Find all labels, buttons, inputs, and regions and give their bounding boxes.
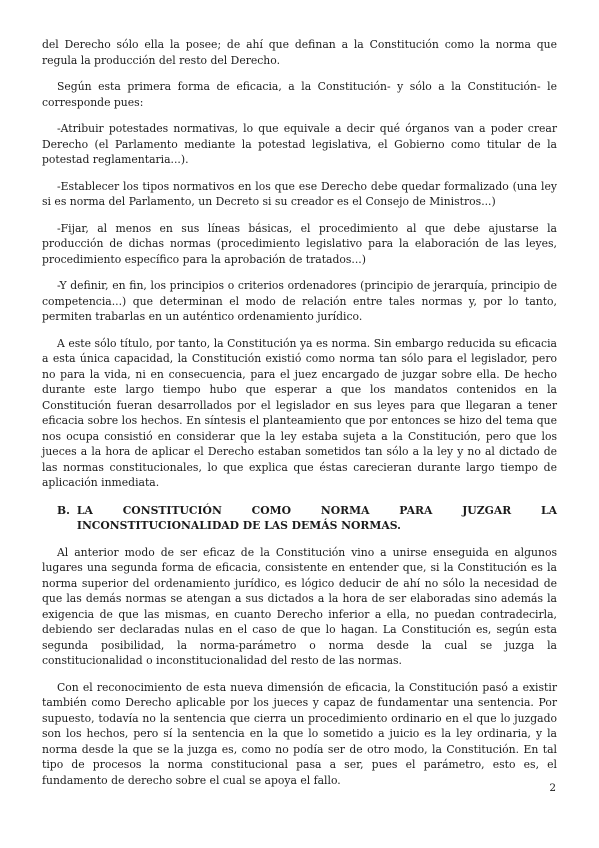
- section-heading-line-1: LA CONSTITUCIÓN COMO NORMA PARA JUZGAR L…: [77, 503, 557, 519]
- paragraph: Al anterior modo de ser eficaz de la Con…: [42, 545, 557, 669]
- page-number: 2: [549, 782, 556, 794]
- paragraph: -Y definir, en fin, los principios o cri…: [42, 278, 557, 325]
- section-heading-lines: LA CONSTITUCIÓN COMO NORMA PARA JUZGAR L…: [77, 503, 557, 534]
- section-heading-label: B.: [42, 503, 70, 534]
- paragraph: -Fijar, al menos en sus líneas básicas, …: [42, 221, 557, 268]
- paragraph: -Establecer los tipos normativos en los …: [42, 179, 557, 210]
- document-page: del Derecho sólo ella la posee; de ahí q…: [0, 0, 599, 848]
- paragraph: Con el reconocimiento de esta nueva dime…: [42, 680, 557, 789]
- paragraph: -Atribuir potestades normativas, lo que …: [42, 121, 557, 168]
- text-content: del Derecho sólo ella la posee; de ahí q…: [42, 37, 557, 799]
- section-heading: B. LA CONSTITUCIÓN COMO NORMA PARA JUZGA…: [42, 503, 557, 534]
- paragraph: del Derecho sólo ella la posee; de ahí q…: [42, 37, 557, 68]
- paragraph: Según esta primera forma de eficacia, a …: [42, 79, 557, 110]
- paragraph: A este sólo título, por tanto, la Consti…: [42, 336, 557, 491]
- section-heading-line-2: INCONSTITUCIONALIDAD DE LAS DEMÁS NORMAS…: [77, 518, 557, 534]
